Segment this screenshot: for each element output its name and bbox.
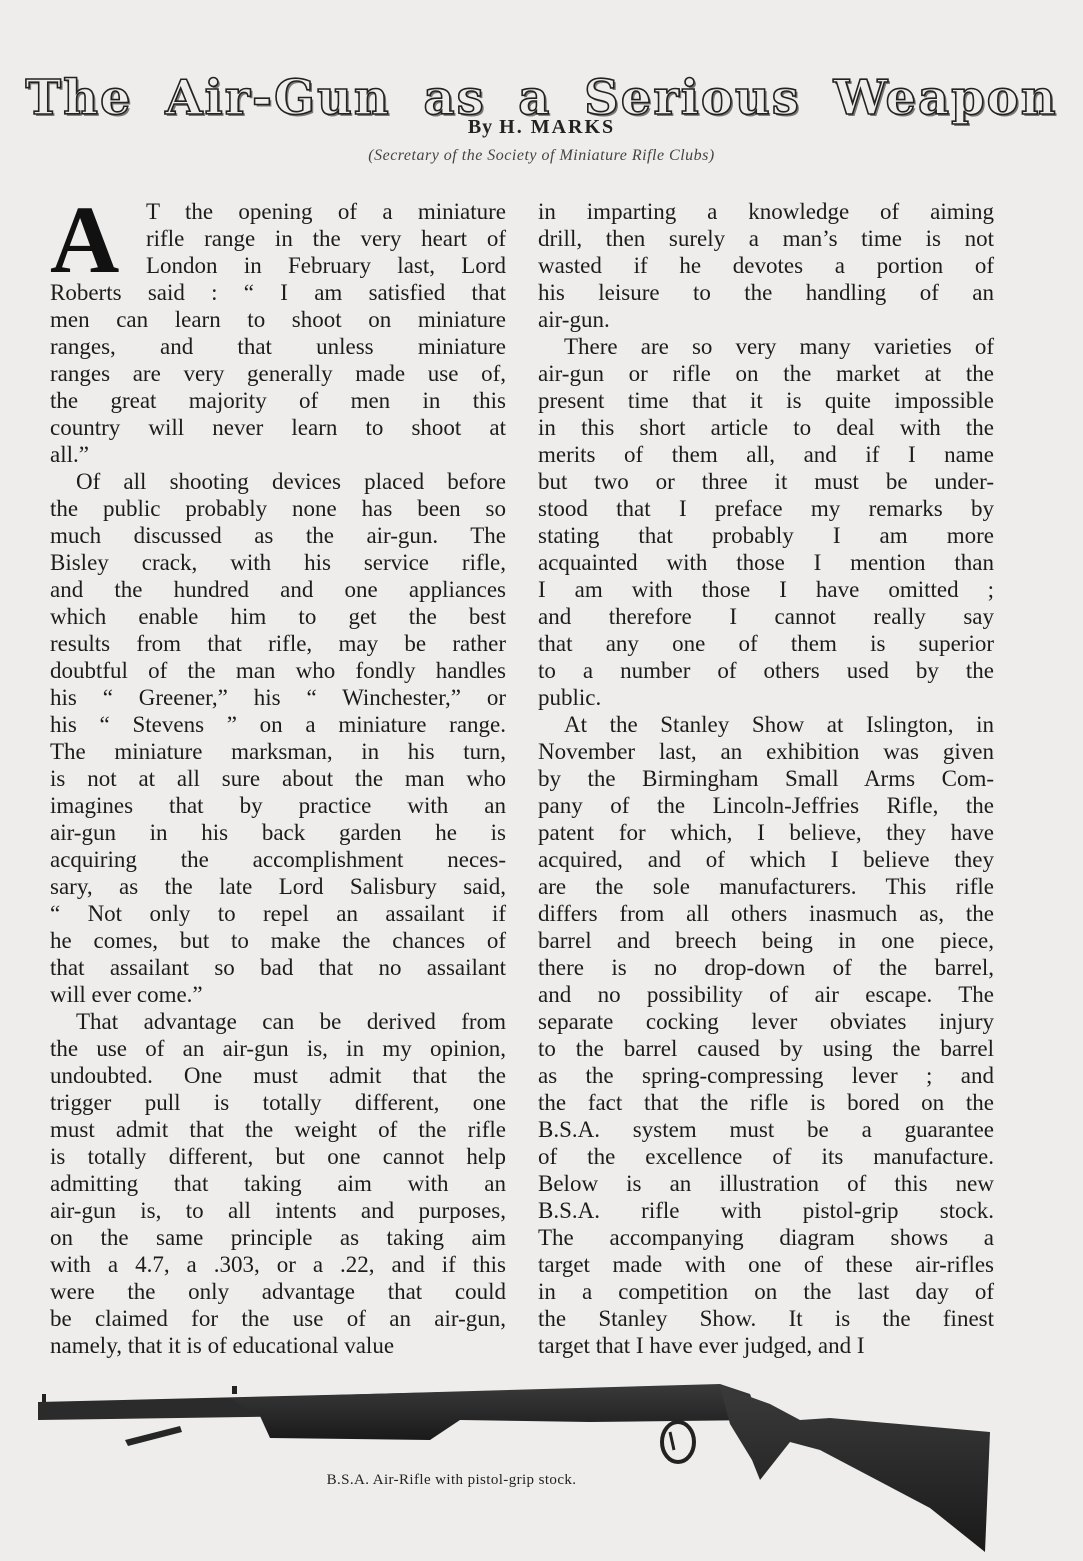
text-line: Bisley crack, with his service rifle, bbox=[50, 549, 506, 576]
text-line: “ Not only to repel an assailant if bbox=[50, 900, 506, 927]
text-line: Of all shooting devices placed before bbox=[50, 468, 506, 495]
text-line: acquainted with those I mention than bbox=[538, 549, 994, 576]
text-line: but two or three it must be under- bbox=[538, 468, 994, 495]
text-line: and therefore I cannot really say bbox=[538, 603, 994, 630]
author-affiliation: (Secretary of the Society of Miniature R… bbox=[0, 147, 1083, 165]
right-column: in imparting a knowledge of aimingdrill,… bbox=[538, 198, 994, 1359]
text-line: on the same principle as taking aim bbox=[50, 1224, 506, 1251]
text-line: There are so very many varieties of bbox=[538, 333, 994, 360]
text-line: be claimed for the use of an air-gun, bbox=[50, 1305, 506, 1332]
text-line: with a 4.7, a .303, or a .22, and if thi… bbox=[50, 1251, 506, 1278]
text-line: the use of an air-gun is, in my opinion, bbox=[50, 1035, 506, 1062]
text-line: patent for which, I believe, they have bbox=[538, 819, 994, 846]
text-line: and no possibility of air escape. The bbox=[538, 981, 994, 1008]
text-line: air-gun or rifle on the market at the bbox=[538, 360, 994, 387]
text-line: is totally different, but one cannot hel… bbox=[50, 1143, 506, 1170]
text-line: stood that I preface my remarks by bbox=[538, 495, 994, 522]
text-line: the fact that the rifle is bored on the bbox=[538, 1089, 994, 1116]
text-line: that assailant so bad that no assailant bbox=[50, 954, 506, 981]
text-line: That advantage can be derived from bbox=[50, 1008, 506, 1035]
text-line: namely, that it is of educational value bbox=[50, 1332, 506, 1359]
text-line: the public probably none has been so bbox=[50, 495, 506, 522]
text-line: The accompanying diagram shows a bbox=[538, 1224, 994, 1251]
text-line: differs from all others inasmuch as, the bbox=[538, 900, 994, 927]
text-line: air-gun. bbox=[538, 306, 994, 333]
rifle-figure bbox=[30, 1380, 1020, 1560]
byline: By H. MARKS bbox=[0, 116, 1083, 139]
text-line: B.S.A. rifle with pistol-grip stock. bbox=[538, 1197, 994, 1224]
text-line: which enable him to get the best bbox=[50, 603, 506, 630]
text-line: acquired, and of which I believe they bbox=[538, 846, 994, 873]
text-line: I am with those I have omitted ; bbox=[538, 576, 994, 603]
text-line: by the Birmingham Small Arms Com- bbox=[538, 765, 994, 792]
text-line: The miniature marksman, in his turn, bbox=[50, 738, 506, 765]
text-line: all.” bbox=[50, 441, 506, 468]
rifle-illustration-icon bbox=[30, 1380, 1020, 1560]
text-line: of the excellence of its manufacture. bbox=[538, 1143, 994, 1170]
text-line: target that I have ever judged, and I bbox=[538, 1332, 994, 1359]
text-line: in imparting a knowledge of aiming bbox=[538, 198, 994, 225]
text-line: must admit that the weight of the rifle bbox=[50, 1116, 506, 1143]
text-line: pany of the Lincoln-Jeffries Rifle, the bbox=[538, 792, 994, 819]
text-line: ranges are very generally made use of, bbox=[50, 360, 506, 387]
text-line: his leisure to the handling of an bbox=[538, 279, 994, 306]
text-line: and the hundred and one appliances bbox=[50, 576, 506, 603]
text-line: merits of them all, and if I name bbox=[538, 441, 994, 468]
text-line: drill, then surely a man’s time is not bbox=[538, 225, 994, 252]
text-line: his “ Greener,” his “ Winchester,” or bbox=[50, 684, 506, 711]
text-line: country will never learn to shoot at bbox=[50, 414, 506, 441]
text-line: his “ Stevens ” on a miniature range. bbox=[50, 711, 506, 738]
text-line: present time that it is quite impossible bbox=[538, 387, 994, 414]
text-line: he comes, but to make the chances of bbox=[50, 927, 506, 954]
text-line: air-gun in his back garden he is bbox=[50, 819, 506, 846]
text-line: target made with one of these air-rifles bbox=[538, 1251, 994, 1278]
figure-caption: B.S.A. Air-Rifle with pistol-grip stock. bbox=[0, 1472, 993, 1489]
text-line: ranges, and that unless miniature bbox=[50, 333, 506, 360]
text-line: were the only advantage that could bbox=[50, 1278, 506, 1305]
text-line: acquiring the accomplishment neces- bbox=[50, 846, 506, 873]
text-line: November last, an exhibition was given bbox=[538, 738, 994, 765]
text-line: admitting that taking aim with an bbox=[50, 1170, 506, 1197]
text-line: trigger pull is totally different, one bbox=[50, 1089, 506, 1116]
text-line: that any one of them is superior bbox=[538, 630, 994, 657]
text-line: imagines that by practice with an bbox=[50, 792, 506, 819]
author-name: H. MARKS bbox=[499, 116, 615, 138]
text-line: undoubted. One must admit that the bbox=[50, 1062, 506, 1089]
text-line: air-gun is, to all intents and purposes, bbox=[50, 1197, 506, 1224]
left-column: A T the opening of a miniaturerifle rang… bbox=[50, 198, 506, 1359]
text-line: in this short article to deal with the bbox=[538, 414, 994, 441]
text-line: the great majority of men in this bbox=[50, 387, 506, 414]
text-line: B.S.A. system must be a guarantee bbox=[538, 1116, 994, 1143]
text-line: in a competition on the last day of bbox=[538, 1278, 994, 1305]
text-line: are the sole manufacturers. This rifle bbox=[538, 873, 994, 900]
text-line: to a number of others used by the bbox=[538, 657, 994, 684]
text-line: men can learn to shoot on miniature bbox=[50, 306, 506, 333]
text-line: will ever come.” bbox=[50, 981, 506, 1008]
text-line: stating that probably I am more bbox=[538, 522, 994, 549]
text-line: much discussed as the air-gun. The bbox=[50, 522, 506, 549]
text-line: results from that rifle, may be rather bbox=[50, 630, 506, 657]
text-line: sary, as the late Lord Salisbury said, bbox=[50, 873, 506, 900]
text-line: barrel and breech being in one piece, bbox=[538, 927, 994, 954]
drop-cap: A bbox=[50, 200, 119, 280]
text-line: Below is an illustration of this new bbox=[538, 1170, 994, 1197]
text-line: as the spring-compressing lever ; and bbox=[538, 1062, 994, 1089]
text-line: separate cocking lever obviates injury bbox=[538, 1008, 994, 1035]
text-line: doubtful of the man who fondly handles bbox=[50, 657, 506, 684]
text-line: wasted if he devotes a portion of bbox=[538, 252, 994, 279]
text-line: At the Stanley Show at Islington, in bbox=[538, 711, 994, 738]
text-line: is not at all sure about the man who bbox=[50, 765, 506, 792]
text-line: there is no drop-down of the barrel, bbox=[538, 954, 994, 981]
text-line: to the barrel caused by using the barrel bbox=[538, 1035, 994, 1062]
text-line: public. bbox=[538, 684, 994, 711]
text-line: the Stanley Show. It is the finest bbox=[538, 1305, 994, 1332]
byline-prefix: By bbox=[468, 116, 493, 138]
